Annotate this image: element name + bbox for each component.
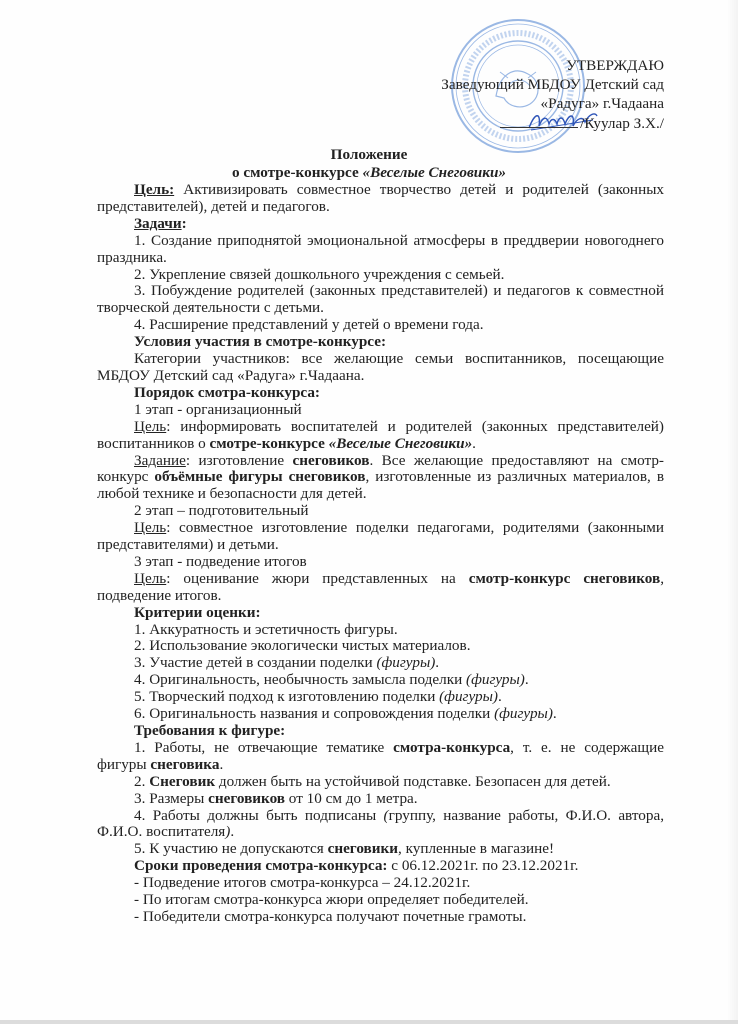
procedure-heading: Порядок смотра-конкурса: [97, 385, 664, 402]
stage1-task: Задание: изготовление снеговиков. Все же… [97, 453, 664, 504]
stage1-title: 1 этап - организационный [97, 402, 664, 419]
schedule-item: - Победители смотра-конкурса получают по… [97, 909, 664, 926]
task-item: 4. Расширение представлений у детей о вр… [97, 317, 664, 334]
document-page: УТВЕРЖДАЮ Заведующий МБДОУ Детский сад «… [0, 0, 738, 1024]
requirement-item: 2. Снеговик должен быть на устойчивой по… [97, 774, 664, 791]
stage1-goal: Цель: информировать воспитателей и родит… [97, 419, 664, 453]
requirement-item: 4. Работы должны быть подписаны (группу,… [97, 808, 664, 842]
approval-heading: УТВЕРЖДАЮ [441, 56, 664, 75]
approval-block: УТВЕРЖДАЮ Заведующий МБДОУ Детский сад «… [441, 56, 664, 133]
criteria-item: 2. Использование экологически чистых мат… [97, 638, 664, 655]
criteria-item: 5. Творческий подход к изготовлению поде… [97, 689, 664, 706]
criteria-heading: Критерии оценки: [97, 605, 664, 622]
approval-position: Заведующий МБДОУ Детский сад [441, 75, 664, 94]
signature-line [500, 113, 578, 128]
scan-edge-bottom [0, 1020, 738, 1024]
criteria-item: 6. Оригинальность названия и сопровожден… [97, 706, 664, 723]
contest-name: «Веселые Снеговики» [362, 164, 506, 181]
tasks-heading: Задачи: [97, 216, 664, 233]
stage3-title: 3 этап - подведение итогов [97, 554, 664, 571]
approval-signer: /Куулар З.Х./ [580, 115, 664, 132]
stage2-title: 2 этап – подготовительный [97, 503, 664, 520]
conditions-text: Категории участников: все желающие семьи… [97, 351, 664, 385]
conditions-heading: Условия участия в смотре-конкурсе: [97, 334, 664, 351]
goal-paragraph: Цель: Активизировать совместное творчест… [97, 182, 664, 216]
criteria-item: 4. Оригинальность, необычность замысла п… [97, 672, 664, 689]
stage3-goal: Цель: оценивание жюри представленных на … [97, 571, 664, 605]
requirement-item: 5. К участию не допускаются снеговики, к… [97, 841, 664, 858]
requirements-heading: Требования к фигуре: [97, 723, 664, 740]
task-item: 1. Создание приподнятой эмоциональной ат… [97, 233, 664, 267]
document-subtitle: о смотре-конкурсе «Веселые Снеговики» [0, 164, 738, 182]
schedule-item: - По итогам смотра-конкурса жюри определ… [97, 892, 664, 909]
approval-organization: «Радуга» г.Чадаана [441, 94, 664, 113]
document-body: Цель: Активизировать совместное творчест… [97, 182, 664, 926]
schedule-item: - Подведение итогов смотра-конкурса – 24… [97, 875, 664, 892]
criteria-item: 1. Аккуратность и эстетичность фигуры. [97, 622, 664, 639]
requirement-item: 1. Работы, не отвечающие тематике смотра… [97, 740, 664, 774]
requirement-item: 3. Размеры снеговиков от 10 см до 1 метр… [97, 791, 664, 808]
schedule-heading: Сроки проведения смотра-конкурса: с 06.1… [97, 858, 664, 875]
task-item: 2. Укрепление связей дошкольного учрежде… [97, 267, 664, 284]
stage2-goal: Цель: совместное изготовление поделки пе… [97, 520, 664, 554]
document-title: Положение [0, 146, 738, 164]
task-item: 3. Побуждение родителей (законных предст… [97, 283, 664, 317]
criteria-item: 3. Участие детей в создании поделки (фиг… [97, 655, 664, 672]
